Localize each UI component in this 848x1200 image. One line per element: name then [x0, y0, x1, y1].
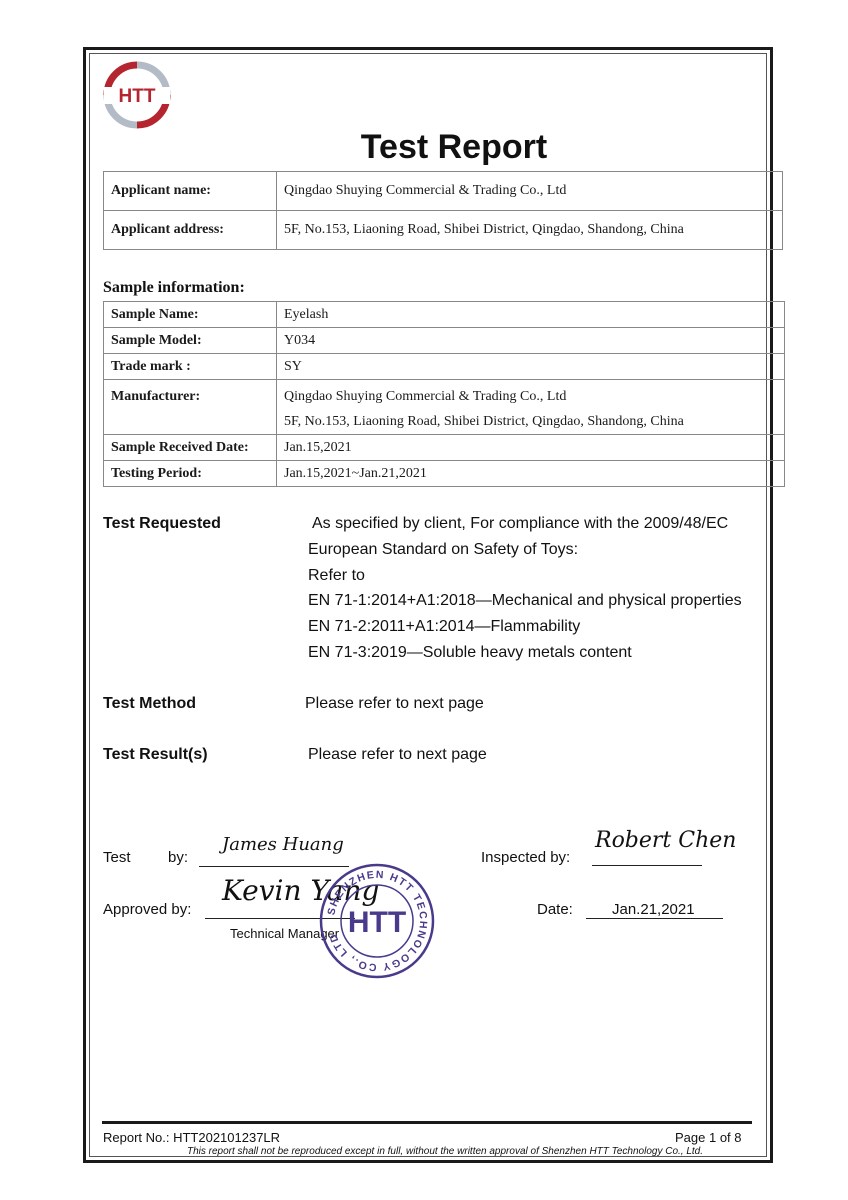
requested-line: As specified by client, For compliance w…: [308, 511, 742, 537]
test-by-label-1: Test: [103, 849, 131, 866]
applicant-name-label: Applicant name:: [104, 172, 277, 211]
sample-name-label: Sample Name:: [104, 302, 277, 328]
date-line: [586, 918, 723, 919]
test-by-signature: James Huang: [222, 834, 344, 855]
report-number: Report No.: HTT202101237LR: [103, 1130, 280, 1145]
page-title: Test Report: [0, 128, 848, 167]
sample-section-heading: Sample information:: [103, 279, 245, 297]
table-row: Applicant name: Qingdao Shuying Commerci…: [104, 172, 783, 211]
applicant-address-value: 5F, No.153, Liaoning Road, Shibei Distri…: [277, 211, 783, 250]
inspected-by-line: [592, 865, 702, 866]
inspected-by-label: Inspected by:: [481, 849, 570, 866]
test-method-label: Test Method: [103, 695, 196, 713]
page-number: Page 1 of 8: [675, 1130, 742, 1145]
footer-divider: [102, 1121, 752, 1124]
applicant-table: Applicant name: Qingdao Shuying Commerci…: [103, 171, 783, 250]
svg-text:HTT: HTT: [119, 86, 156, 107]
table-row: Sample Name: Eyelash: [104, 302, 785, 328]
table-row: Manufacturer: Qingdao Shuying Commercial…: [104, 380, 785, 435]
table-row: Sample Received Date: Jan.15,2021: [104, 435, 785, 461]
manufacturer-label: Manufacturer:: [104, 380, 277, 435]
trade-mark-value: SY: [277, 354, 785, 380]
table-row: Applicant address: 5F, No.153, Liaoning …: [104, 211, 783, 250]
manufacturer-address: 5F, No.153, Liaoning Road, Shibei Distri…: [284, 409, 777, 434]
sample-name-value: Eyelash: [277, 302, 785, 328]
footer-disclaimer: This report shall not be reproduced exce…: [100, 1146, 790, 1157]
trade-mark-label: Trade mark :: [104, 354, 277, 380]
date-label: Date:: [537, 901, 573, 918]
received-date-label: Sample Received Date:: [104, 435, 277, 461]
requested-line: EN 71-3:2019—Soluble heavy metals conten…: [308, 640, 742, 666]
inspected-by-signature: Robert Chen: [595, 828, 736, 853]
sample-table: Sample Name: Eyelash Sample Model: Y034 …: [103, 301, 785, 487]
svg-text:HTT: HTT: [348, 906, 406, 939]
requested-line: EN 71-1:2014+A1:2018—Mechanical and phys…: [308, 588, 742, 614]
table-row: Testing Period: Jan.15,2021~Jan.21,2021: [104, 461, 785, 487]
test-requested-value: As specified by client, For compliance w…: [308, 511, 742, 666]
received-date-value: Jan.15,2021: [277, 435, 785, 461]
table-row: Sample Model: Y034: [104, 328, 785, 354]
applicant-address-label: Applicant address:: [104, 211, 277, 250]
test-by-label-2: by:: [168, 849, 188, 866]
sample-model-value: Y034: [277, 328, 785, 354]
sample-model-label: Sample Model:: [104, 328, 277, 354]
htt-logo-icon: HTT: [102, 60, 172, 130]
test-requested-label: Test Requested: [103, 515, 221, 533]
manufacturer-name: Qingdao Shuying Commercial & Trading Co.…: [284, 384, 777, 409]
testing-period-label: Testing Period:: [104, 461, 277, 487]
company-stamp-icon: SHENZHEN HTT TECHNOLOGY CO., LTD HTT: [318, 862, 436, 980]
manufacturer-value: Qingdao Shuying Commercial & Trading Co.…: [277, 380, 785, 435]
testing-period-value: Jan.15,2021~Jan.21,2021: [277, 461, 785, 487]
test-method-value: Please refer to next page: [305, 691, 484, 717]
requested-line: EN 71-2:2011+A1:2014—Flammability: [308, 614, 742, 640]
applicant-name-value: Qingdao Shuying Commercial & Trading Co.…: [277, 172, 783, 211]
test-results-label: Test Result(s): [103, 746, 208, 764]
requested-line: Refer to: [308, 563, 742, 589]
requested-line: European Standard on Safety of Toys:: [308, 537, 742, 563]
test-results-value: Please refer to next page: [308, 742, 487, 768]
approved-by-label: Approved by:: [103, 901, 191, 918]
table-row: Trade mark : SY: [104, 354, 785, 380]
date-value: Jan.21,2021: [612, 901, 695, 918]
